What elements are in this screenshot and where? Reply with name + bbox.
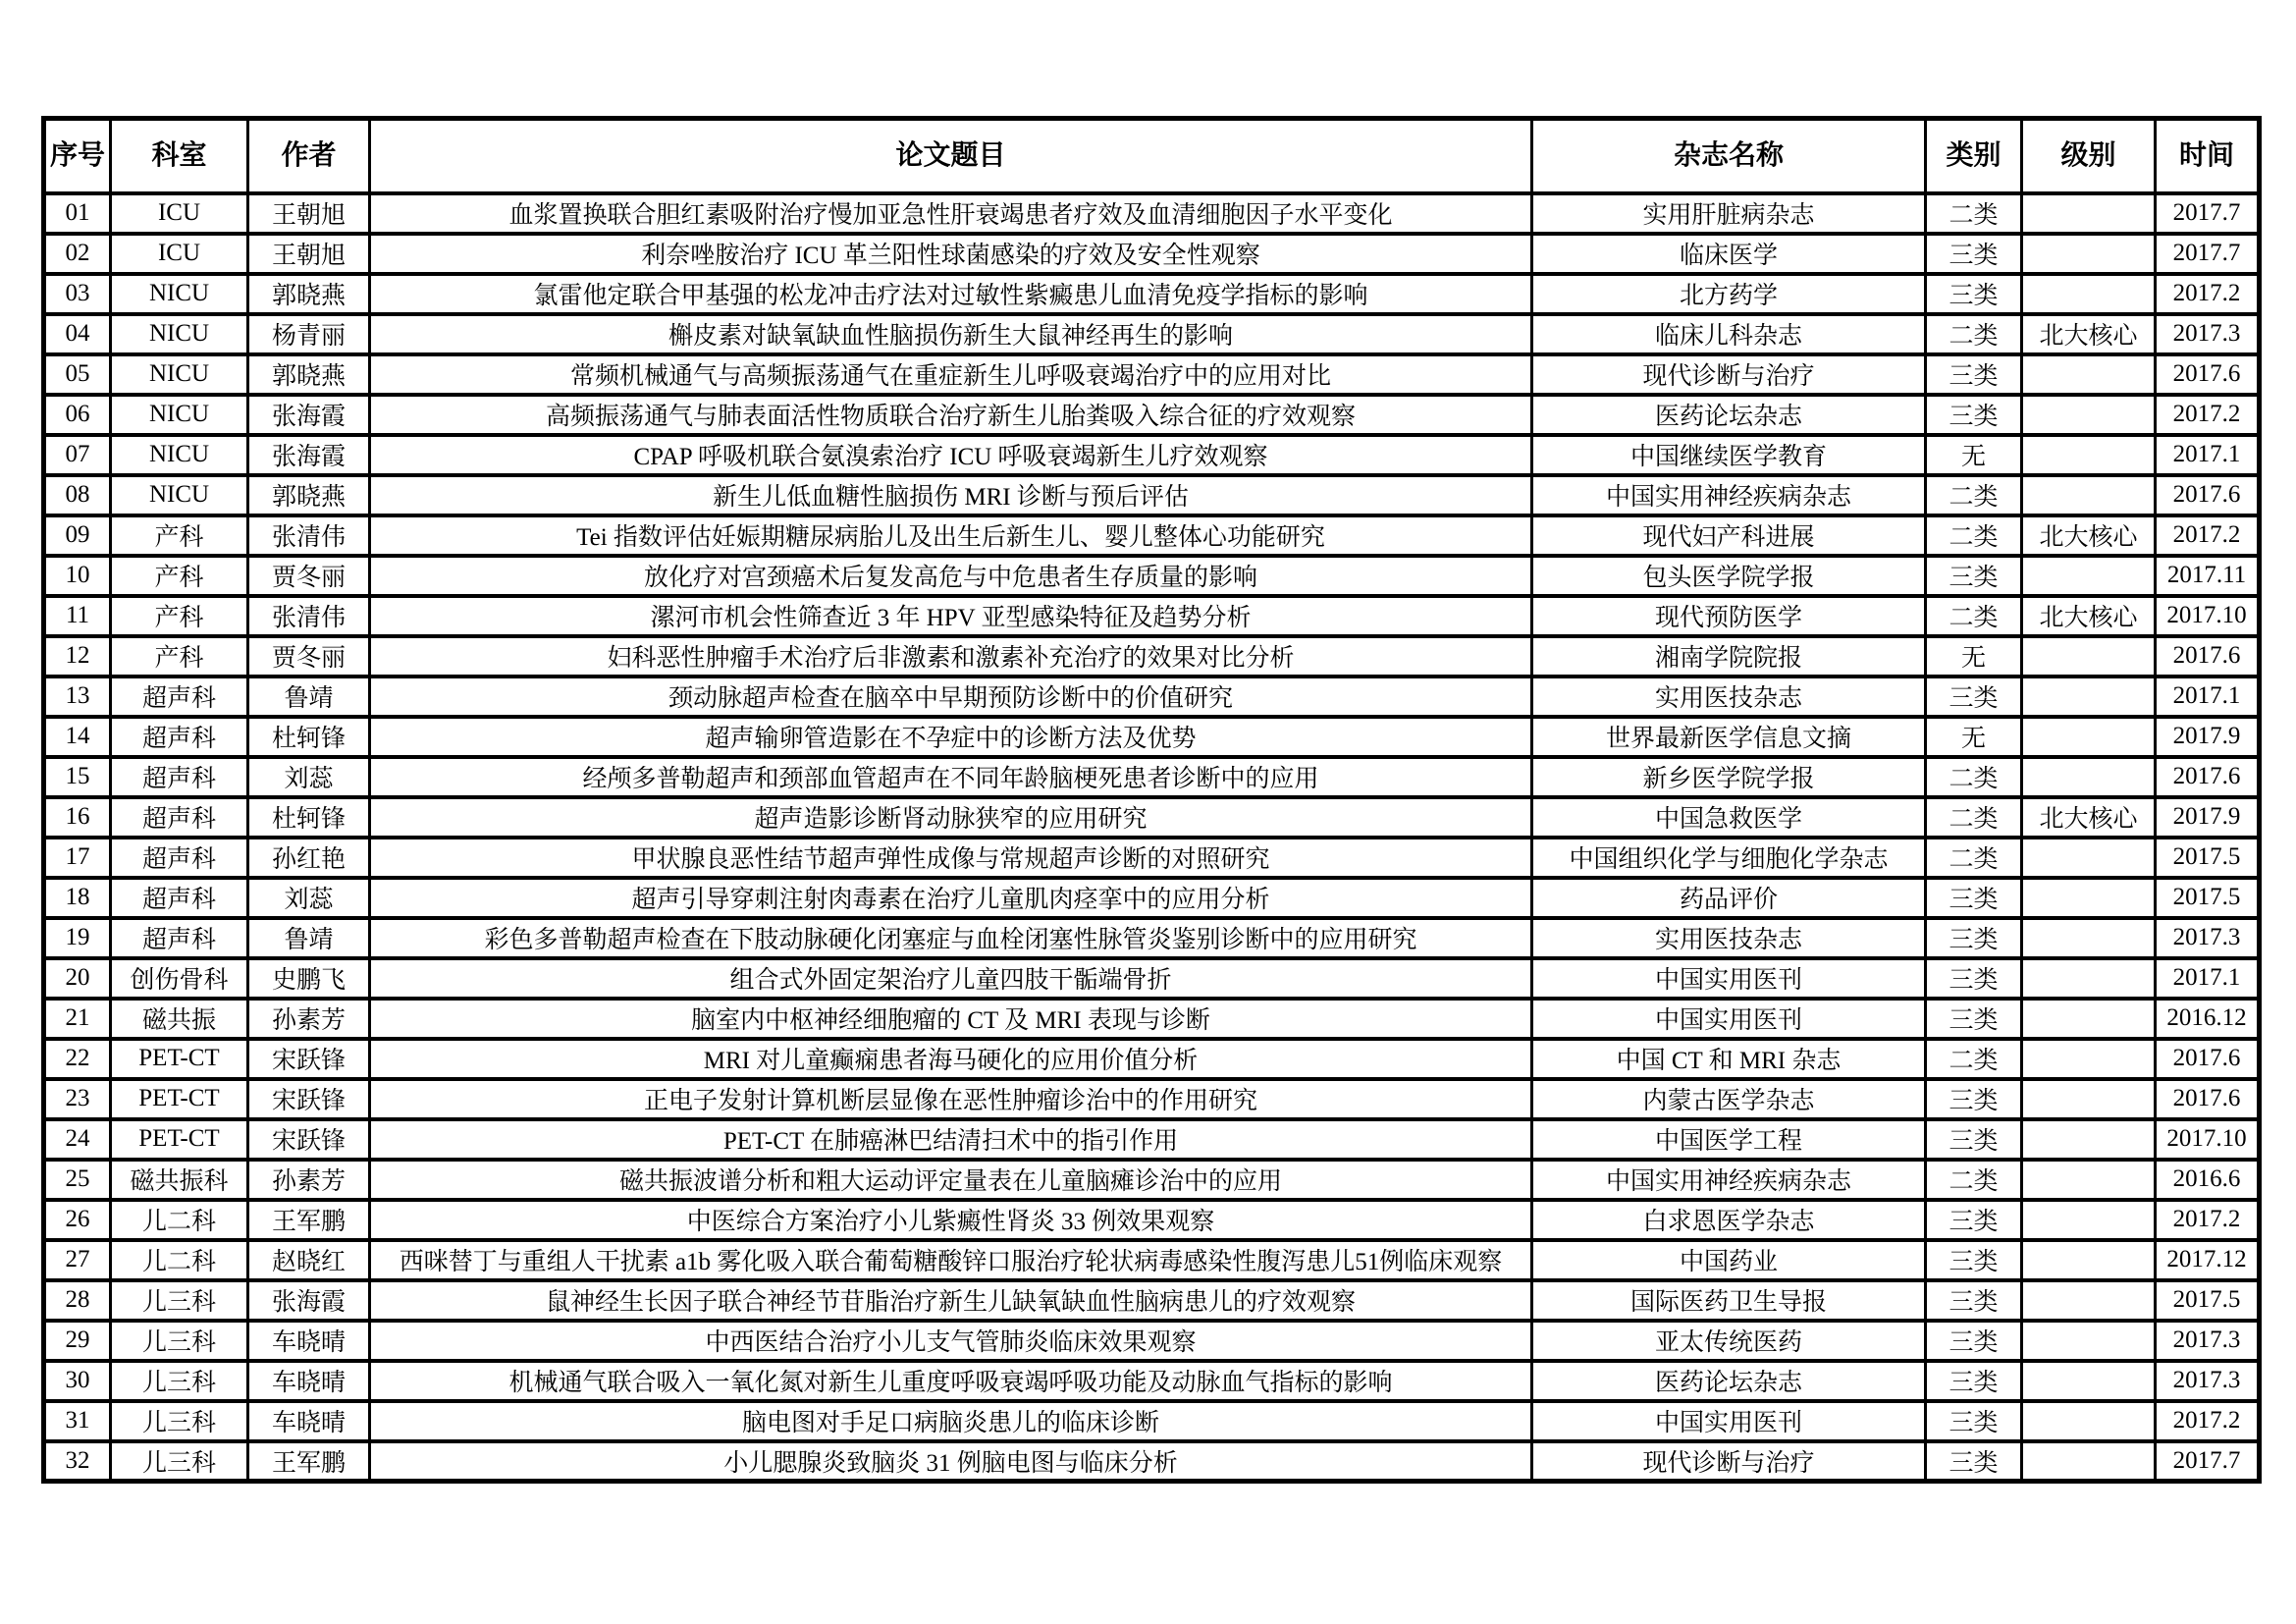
cell-level <box>2022 1200 2156 1240</box>
cell-dept: NICU <box>111 314 248 354</box>
cell-journal: 湘南学院院报 <box>1532 636 1926 677</box>
cell-category: 三类 <box>1926 556 2022 596</box>
cell-date: 2017.6 <box>2156 1039 2260 1079</box>
header-category: 类别 <box>1926 119 2022 193</box>
cell-level <box>2022 1240 2156 1280</box>
cell-level <box>2022 1079 2156 1119</box>
cell-title: 中西医结合治疗小儿支气管肺炎临床效果观察 <box>370 1321 1532 1361</box>
cell-category: 二类 <box>1926 193 2022 234</box>
cell-title: 超声输卵管造影在不孕症中的诊断方法及优势 <box>370 717 1532 757</box>
cell-level <box>2022 1441 2156 1482</box>
cell-author: 郭晓燕 <box>248 274 370 314</box>
cell-title: 脑电图对手足口病脑炎患儿的临床诊断 <box>370 1401 1532 1441</box>
table-row: 08NICU郭晓燕新生儿低血糖性脑损伤 MRI 诊断与预后评估中国实用神经疾病杂… <box>44 475 2260 515</box>
cell-journal: 中国急救医学 <box>1532 797 1926 838</box>
cell-dept: 儿三科 <box>111 1401 248 1441</box>
cell-date: 2017.1 <box>2156 677 2260 717</box>
cell-author: 张清伟 <box>248 515 370 556</box>
cell-journal: 包头医学院学报 <box>1532 556 1926 596</box>
cell-date: 2017.7 <box>2156 193 2260 234</box>
cell-no: 17 <box>44 838 111 878</box>
cell-journal: 现代诊断与治疗 <box>1532 354 1926 395</box>
table-row: 24PET-CT宋跃锋PET-CT 在肺癌淋巴结清扫术中的指引作用中国医学工程三… <box>44 1119 2260 1160</box>
cell-author: 张海霞 <box>248 1280 370 1321</box>
cell-category: 三类 <box>1926 958 2022 999</box>
cell-category: 二类 <box>1926 1039 2022 1079</box>
cell-category: 三类 <box>1926 1361 2022 1401</box>
cell-date: 2016.12 <box>2156 999 2260 1039</box>
cell-category: 二类 <box>1926 515 2022 556</box>
cell-author: 车晓晴 <box>248 1321 370 1361</box>
cell-date: 2017.10 <box>2156 596 2260 636</box>
cell-no: 06 <box>44 395 111 435</box>
cell-title: 经颅多普勒超声和颈部血管超声在不同年龄脑梗死患者诊断中的应用 <box>370 757 1532 797</box>
table-row: 28儿三科张海霞鼠神经生长因子联合神经节苷脂治疗新生儿缺氧缺血性脑病患儿的疗效观… <box>44 1280 2260 1321</box>
cell-category: 二类 <box>1926 757 2022 797</box>
cell-journal: 现代预防医学 <box>1532 596 1926 636</box>
cell-author: 赵晓红 <box>248 1240 370 1280</box>
cell-category: 三类 <box>1926 1321 2022 1361</box>
table-row: 09产科张清伟Tei 指数评估妊娠期糖尿病胎儿及出生后新生儿、婴儿整体心功能研究… <box>44 515 2260 556</box>
cell-title: 脑室内中枢神经细胞瘤的 CT 及 MRI 表现与诊断 <box>370 999 1532 1039</box>
cell-journal: 白求恩医学杂志 <box>1532 1200 1926 1240</box>
table-row: 07NICU张海霞CPAP 呼吸机联合氨溴索治疗 ICU 呼吸衰竭新生儿疗效观察… <box>44 435 2260 475</box>
cell-date: 2017.6 <box>2156 757 2260 797</box>
cell-title: 新生儿低血糖性脑损伤 MRI 诊断与预后评估 <box>370 475 1532 515</box>
table-row: 20创伤骨科史鹏飞组合式外固定架治疗儿童四肢干骺端骨折中国实用医刊三类2017.… <box>44 958 2260 999</box>
cell-date: 2017.12 <box>2156 1240 2260 1280</box>
cell-title: PET-CT 在肺癌淋巴结清扫术中的指引作用 <box>370 1119 1532 1160</box>
cell-category: 三类 <box>1926 1240 2022 1280</box>
cell-date: 2017.2 <box>2156 1200 2260 1240</box>
cell-no: 10 <box>44 556 111 596</box>
cell-journal: 中国 CT 和 MRI 杂志 <box>1532 1039 1926 1079</box>
cell-dept: PET-CT <box>111 1079 248 1119</box>
cell-no: 29 <box>44 1321 111 1361</box>
cell-journal: 医药论坛杂志 <box>1532 1361 1926 1401</box>
cell-author: 鲁靖 <box>248 918 370 958</box>
cell-dept: 超声科 <box>111 797 248 838</box>
cell-dept: 超声科 <box>111 757 248 797</box>
table-row: 11产科张清伟漯河市机会性筛查近 3 年 HPV 亚型感染特征及趋势分析现代预防… <box>44 596 2260 636</box>
cell-title: 磁共振波谱分析和粗大运动评定量表在儿童脑瘫诊治中的应用 <box>370 1160 1532 1200</box>
cell-dept: PET-CT <box>111 1119 248 1160</box>
table-row: 06NICU张海霞高频振荡通气与肺表面活性物质联合治疗新生儿胎粪吸入综合征的疗效… <box>44 395 2260 435</box>
cell-author: 宋跃锋 <box>248 1039 370 1079</box>
cell-title: 超声引导穿刺注射肉毒素在治疗儿童肌肉痉挛中的应用分析 <box>370 878 1532 918</box>
cell-dept: 儿三科 <box>111 1441 248 1482</box>
cell-level <box>2022 435 2156 475</box>
cell-author: 孙素芳 <box>248 1160 370 1200</box>
cell-author: 张清伟 <box>248 596 370 636</box>
table-row: 25磁共振科孙素芳磁共振波谱分析和粗大运动评定量表在儿童脑瘫诊治中的应用中国实用… <box>44 1160 2260 1200</box>
cell-journal: 中国组织化学与细胞化学杂志 <box>1532 838 1926 878</box>
cell-title: 放化疗对宫颈癌术后复发高危与中危患者生存质量的影响 <box>370 556 1532 596</box>
table-row: 32儿三科王军鹏小儿腮腺炎致脑炎 31 例脑电图与临床分析现代诊断与治疗三类20… <box>44 1441 2260 1482</box>
header-journal: 杂志名称 <box>1532 119 1926 193</box>
cell-date: 2017.6 <box>2156 636 2260 677</box>
cell-date: 2017.3 <box>2156 314 2260 354</box>
cell-date: 2017.11 <box>2156 556 2260 596</box>
table-row: 01ICU王朝旭血浆置换联合胆红素吸附治疗慢加亚急性肝衰竭患者疗效及血清细胞因子… <box>44 193 2260 234</box>
cell-journal: 实用医技杂志 <box>1532 918 1926 958</box>
header-row: 序号 科室 作者 论文题目 杂志名称 类别 级别 时间 <box>44 119 2260 193</box>
cell-level <box>2022 1280 2156 1321</box>
cell-category: 二类 <box>1926 596 2022 636</box>
cell-journal: 中国实用医刊 <box>1532 1401 1926 1441</box>
cell-date: 2017.9 <box>2156 797 2260 838</box>
header-date: 时间 <box>2156 119 2260 193</box>
cell-journal: 实用肝脏病杂志 <box>1532 193 1926 234</box>
cell-title: MRI 对儿童癫痫患者海马硬化的应用价值分析 <box>370 1039 1532 1079</box>
cell-date: 2017.5 <box>2156 878 2260 918</box>
cell-dept: 超声科 <box>111 717 248 757</box>
publications-table: 序号 科室 作者 论文题目 杂志名称 类别 级别 时间 01ICU王朝旭血浆置换… <box>41 116 2262 1484</box>
cell-no: 11 <box>44 596 111 636</box>
cell-date: 2017.1 <box>2156 435 2260 475</box>
cell-level <box>2022 999 2156 1039</box>
cell-dept: 超声科 <box>111 878 248 918</box>
cell-level <box>2022 757 2156 797</box>
cell-dept: 磁共振 <box>111 999 248 1039</box>
header-dept: 科室 <box>111 119 248 193</box>
table-row: 14超声科杜轲锋超声输卵管造影在不孕症中的诊断方法及优势世界最新医学信息文摘无2… <box>44 717 2260 757</box>
cell-dept: NICU <box>111 435 248 475</box>
cell-no: 13 <box>44 677 111 717</box>
cell-level <box>2022 1401 2156 1441</box>
cell-title: 鼠神经生长因子联合神经节苷脂治疗新生儿缺氧缺血性脑病患儿的疗效观察 <box>370 1280 1532 1321</box>
table-row: 27儿二科赵晓红西咪替丁与重组人干扰素 a1b 雾化吸入联合葡萄糖酸锌口服治疗轮… <box>44 1240 2260 1280</box>
cell-author: 刘蕊 <box>248 878 370 918</box>
cell-date: 2017.3 <box>2156 1321 2260 1361</box>
cell-date: 2017.1 <box>2156 958 2260 999</box>
cell-journal: 中国实用医刊 <box>1532 999 1926 1039</box>
header-no: 序号 <box>44 119 111 193</box>
cell-level <box>2022 193 2156 234</box>
cell-title: 高频振荡通气与肺表面活性物质联合治疗新生儿胎粪吸入综合征的疗效观察 <box>370 395 1532 435</box>
cell-title: 槲皮素对缺氧缺血性脑损伤新生大鼠神经再生的影响 <box>370 314 1532 354</box>
cell-date: 2017.7 <box>2156 234 2260 274</box>
cell-category: 二类 <box>1926 1160 2022 1200</box>
cell-author: 车晓晴 <box>248 1401 370 1441</box>
cell-level: 北大核心 <box>2022 596 2156 636</box>
cell-category: 无 <box>1926 435 2022 475</box>
cell-no: 03 <box>44 274 111 314</box>
cell-category: 三类 <box>1926 999 2022 1039</box>
cell-author: 杨青丽 <box>248 314 370 354</box>
cell-dept: 儿三科 <box>111 1361 248 1401</box>
cell-category: 三类 <box>1926 1079 2022 1119</box>
table-body: 01ICU王朝旭血浆置换联合胆红素吸附治疗慢加亚急性肝衰竭患者疗效及血清细胞因子… <box>44 193 2260 1482</box>
cell-dept: 创伤骨科 <box>111 958 248 999</box>
cell-author: 王朝旭 <box>248 193 370 234</box>
table-row: 03NICU郭晓燕氯雷他定联合甲基强的松龙冲击疗法对过敏性紫癜患儿血清免疫学指标… <box>44 274 2260 314</box>
cell-journal: 临床儿科杂志 <box>1532 314 1926 354</box>
table-row: 13超声科鲁靖颈动脉超声检查在脑卒中早期预防诊断中的价值研究实用医技杂志三类20… <box>44 677 2260 717</box>
document-page: 序号 科室 作者 论文题目 杂志名称 类别 级别 时间 01ICU王朝旭血浆置换… <box>41 116 2262 1484</box>
cell-title: Tei 指数评估妊娠期糖尿病胎儿及出生后新生儿、婴儿整体心功能研究 <box>370 515 1532 556</box>
header-author: 作者 <box>248 119 370 193</box>
cell-author: 鲁靖 <box>248 677 370 717</box>
cell-title: 超声造影诊断肾动脉狭窄的应用研究 <box>370 797 1532 838</box>
cell-title: 漯河市机会性筛查近 3 年 HPV 亚型感染特征及趋势分析 <box>370 596 1532 636</box>
cell-title: 西咪替丁与重组人干扰素 a1b 雾化吸入联合葡萄糖酸锌口服治疗轮状病毒感染性腹泻… <box>370 1240 1532 1280</box>
table-row: 05NICU郭晓燕常频机械通气与高频振荡通气在重症新生儿呼吸衰竭治疗中的应用对比… <box>44 354 2260 395</box>
table-row: 02ICU王朝旭利奈唑胺治疗 ICU 革兰阳性球菌感染的疗效及安全性观察临床医学… <box>44 234 2260 274</box>
cell-date: 2017.2 <box>2156 274 2260 314</box>
cell-dept: ICU <box>111 234 248 274</box>
cell-level <box>2022 677 2156 717</box>
cell-category: 三类 <box>1926 1401 2022 1441</box>
cell-dept: 儿二科 <box>111 1200 248 1240</box>
cell-author: 郭晓燕 <box>248 475 370 515</box>
cell-no: 27 <box>44 1240 111 1280</box>
cell-author: 张海霞 <box>248 435 370 475</box>
cell-category: 二类 <box>1926 314 2022 354</box>
cell-level <box>2022 556 2156 596</box>
cell-no: 24 <box>44 1119 111 1160</box>
cell-date: 2017.2 <box>2156 515 2260 556</box>
cell-dept: 磁共振科 <box>111 1160 248 1200</box>
cell-level <box>2022 1119 2156 1160</box>
cell-dept: NICU <box>111 354 248 395</box>
cell-author: 刘蕊 <box>248 757 370 797</box>
cell-level <box>2022 395 2156 435</box>
cell-no: 04 <box>44 314 111 354</box>
table-row: 31儿三科车晓晴脑电图对手足口病脑炎患儿的临床诊断中国实用医刊三类2017.2 <box>44 1401 2260 1441</box>
cell-journal: 医药论坛杂志 <box>1532 395 1926 435</box>
cell-title: 甲状腺良恶性结节超声弹性成像与常规超声诊断的对照研究 <box>370 838 1532 878</box>
cell-dept: NICU <box>111 274 248 314</box>
cell-category: 二类 <box>1926 838 2022 878</box>
cell-no: 30 <box>44 1361 111 1401</box>
table-row: 29儿三科车晓晴中西医结合治疗小儿支气管肺炎临床效果观察亚太传统医药三类2017… <box>44 1321 2260 1361</box>
cell-title: 常频机械通气与高频振荡通气在重症新生儿呼吸衰竭治疗中的应用对比 <box>370 354 1532 395</box>
table-row: 21磁共振孙素芳脑室内中枢神经细胞瘤的 CT 及 MRI 表现与诊断中国实用医刊… <box>44 999 2260 1039</box>
cell-level <box>2022 1160 2156 1200</box>
cell-journal: 药品评价 <box>1532 878 1926 918</box>
cell-no: 31 <box>44 1401 111 1441</box>
cell-category: 三类 <box>1926 918 2022 958</box>
cell-date: 2016.6 <box>2156 1160 2260 1200</box>
cell-level <box>2022 918 2156 958</box>
cell-category: 三类 <box>1926 1200 2022 1240</box>
cell-no: 28 <box>44 1280 111 1321</box>
cell-journal: 中国继续医学教育 <box>1532 435 1926 475</box>
cell-no: 07 <box>44 435 111 475</box>
table-row: 04NICU杨青丽槲皮素对缺氧缺血性脑损伤新生大鼠神经再生的影响临床儿科杂志二类… <box>44 314 2260 354</box>
cell-level <box>2022 274 2156 314</box>
cell-title: 血浆置换联合胆红素吸附治疗慢加亚急性肝衰竭患者疗效及血清细胞因子水平变化 <box>370 193 1532 234</box>
cell-category: 三类 <box>1926 354 2022 395</box>
cell-dept: 儿三科 <box>111 1280 248 1321</box>
cell-author: 贾冬丽 <box>248 636 370 677</box>
cell-no: 12 <box>44 636 111 677</box>
cell-date: 2017.3 <box>2156 1361 2260 1401</box>
cell-no: 26 <box>44 1200 111 1240</box>
cell-level: 北大核心 <box>2022 797 2156 838</box>
cell-no: 19 <box>44 918 111 958</box>
cell-level <box>2022 1361 2156 1401</box>
cell-no: 20 <box>44 958 111 999</box>
cell-journal: 国际医药卫生导报 <box>1532 1280 1926 1321</box>
cell-title: 颈动脉超声检查在脑卒中早期预防诊断中的价值研究 <box>370 677 1532 717</box>
cell-author: 杜轲锋 <box>248 717 370 757</box>
cell-category: 二类 <box>1926 475 2022 515</box>
cell-category: 三类 <box>1926 1119 2022 1160</box>
cell-journal: 现代诊断与治疗 <box>1532 1441 1926 1482</box>
cell-level <box>2022 234 2156 274</box>
cell-no: 05 <box>44 354 111 395</box>
cell-dept: ICU <box>111 193 248 234</box>
table-row: 18超声科刘蕊超声引导穿刺注射肉毒素在治疗儿童肌肉痉挛中的应用分析药品评价三类2… <box>44 878 2260 918</box>
cell-author: 张海霞 <box>248 395 370 435</box>
cell-dept: 超声科 <box>111 677 248 717</box>
cell-title: 妇科恶性肿瘤手术治疗后非激素和激素补充治疗的效果对比分析 <box>370 636 1532 677</box>
cell-date: 2017.5 <box>2156 1280 2260 1321</box>
cell-category: 三类 <box>1926 1280 2022 1321</box>
cell-dept: NICU <box>111 395 248 435</box>
cell-date: 2017.2 <box>2156 1401 2260 1441</box>
cell-category: 无 <box>1926 636 2022 677</box>
cell-author: 史鹏飞 <box>248 958 370 999</box>
cell-date: 2017.7 <box>2156 1441 2260 1482</box>
header-title: 论文题目 <box>370 119 1532 193</box>
cell-author: 郭晓燕 <box>248 354 370 395</box>
cell-dept: 产科 <box>111 636 248 677</box>
cell-title: 正电子发射计算机断层显像在恶性肿瘤诊治中的作用研究 <box>370 1079 1532 1119</box>
cell-journal: 现代妇产科进展 <box>1532 515 1926 556</box>
table-row: 15超声科刘蕊经颅多普勒超声和颈部血管超声在不同年龄脑梗死患者诊断中的应用新乡医… <box>44 757 2260 797</box>
table-row: 16超声科杜轲锋超声造影诊断肾动脉狭窄的应用研究中国急救医学二类北大核心2017… <box>44 797 2260 838</box>
cell-dept: PET-CT <box>111 1039 248 1079</box>
cell-author: 宋跃锋 <box>248 1079 370 1119</box>
cell-no: 14 <box>44 717 111 757</box>
cell-title: 中医综合方案治疗小儿紫癜性肾炎 33 例效果观察 <box>370 1200 1532 1240</box>
cell-no: 18 <box>44 878 111 918</box>
cell-date: 2017.10 <box>2156 1119 2260 1160</box>
cell-category: 三类 <box>1926 1441 2022 1482</box>
cell-title: 机械通气联合吸入一氧化氮对新生儿重度呼吸衰竭呼吸功能及动脉血气指标的影响 <box>370 1361 1532 1401</box>
cell-no: 15 <box>44 757 111 797</box>
cell-title: CPAP 呼吸机联合氨溴索治疗 ICU 呼吸衰竭新生儿疗效观察 <box>370 435 1532 475</box>
cell-no: 02 <box>44 234 111 274</box>
cell-dept: 儿三科 <box>111 1321 248 1361</box>
cell-dept: 超声科 <box>111 838 248 878</box>
table-row: 23PET-CT宋跃锋正电子发射计算机断层显像在恶性肿瘤诊治中的作用研究内蒙古医… <box>44 1079 2260 1119</box>
cell-no: 08 <box>44 475 111 515</box>
cell-level <box>2022 636 2156 677</box>
table-row: 10产科贾冬丽放化疗对宫颈癌术后复发高危与中危患者生存质量的影响包头医学院学报三… <box>44 556 2260 596</box>
cell-author: 王军鹏 <box>248 1200 370 1240</box>
cell-author: 宋跃锋 <box>248 1119 370 1160</box>
cell-title: 氯雷他定联合甲基强的松龙冲击疗法对过敏性紫癜患儿血清免疫学指标的影响 <box>370 274 1532 314</box>
cell-level <box>2022 1321 2156 1361</box>
cell-date: 2017.6 <box>2156 1079 2260 1119</box>
table-row: 17超声科孙红艳甲状腺良恶性结节超声弹性成像与常规超声诊断的对照研究中国组织化学… <box>44 838 2260 878</box>
cell-category: 三类 <box>1926 274 2022 314</box>
cell-category: 二类 <box>1926 797 2022 838</box>
cell-level <box>2022 354 2156 395</box>
cell-journal: 中国实用神经疾病杂志 <box>1532 475 1926 515</box>
cell-author: 杜轲锋 <box>248 797 370 838</box>
cell-dept: 超声科 <box>111 918 248 958</box>
cell-category: 无 <box>1926 717 2022 757</box>
cell-level: 北大核心 <box>2022 314 2156 354</box>
cell-author: 车晓晴 <box>248 1361 370 1401</box>
cell-journal: 内蒙古医学杂志 <box>1532 1079 1926 1119</box>
cell-journal: 临床医学 <box>1532 234 1926 274</box>
cell-level <box>2022 717 2156 757</box>
cell-dept: NICU <box>111 475 248 515</box>
cell-author: 贾冬丽 <box>248 556 370 596</box>
cell-journal: 世界最新医学信息文摘 <box>1532 717 1926 757</box>
cell-no: 25 <box>44 1160 111 1200</box>
cell-no: 22 <box>44 1039 111 1079</box>
cell-dept: 产科 <box>111 515 248 556</box>
cell-no: 16 <box>44 797 111 838</box>
cell-no: 21 <box>44 999 111 1039</box>
cell-journal: 中国实用医刊 <box>1532 958 1926 999</box>
cell-level <box>2022 475 2156 515</box>
cell-no: 32 <box>44 1441 111 1482</box>
cell-author: 王军鹏 <box>248 1441 370 1482</box>
cell-level <box>2022 878 2156 918</box>
cell-level <box>2022 958 2156 999</box>
cell-no: 09 <box>44 515 111 556</box>
cell-category: 三类 <box>1926 395 2022 435</box>
cell-level: 北大核心 <box>2022 515 2156 556</box>
cell-dept: 产科 <box>111 556 248 596</box>
cell-journal: 亚太传统医药 <box>1532 1321 1926 1361</box>
cell-author: 孙红艳 <box>248 838 370 878</box>
cell-level <box>2022 838 2156 878</box>
cell-journal: 中国实用神经疾病杂志 <box>1532 1160 1926 1200</box>
cell-title: 小儿腮腺炎致脑炎 31 例脑电图与临床分析 <box>370 1441 1532 1482</box>
cell-category: 三类 <box>1926 677 2022 717</box>
cell-journal: 实用医技杂志 <box>1532 677 1926 717</box>
cell-date: 2017.2 <box>2156 395 2260 435</box>
cell-title: 利奈唑胺治疗 ICU 革兰阳性球菌感染的疗效及安全性观察 <box>370 234 1532 274</box>
cell-journal: 北方药学 <box>1532 274 1926 314</box>
cell-dept: 儿二科 <box>111 1240 248 1280</box>
cell-category: 三类 <box>1926 878 2022 918</box>
cell-title: 组合式外固定架治疗儿童四肢干骺端骨折 <box>370 958 1532 999</box>
cell-no: 01 <box>44 193 111 234</box>
table-row: 26儿二科王军鹏中医综合方案治疗小儿紫癜性肾炎 33 例效果观察白求恩医学杂志三… <box>44 1200 2260 1240</box>
cell-date: 2017.9 <box>2156 717 2260 757</box>
cell-journal: 中国医学工程 <box>1532 1119 1926 1160</box>
table-row: 12产科贾冬丽妇科恶性肿瘤手术治疗后非激素和激素补充治疗的效果对比分析湘南学院院… <box>44 636 2260 677</box>
cell-dept: 产科 <box>111 596 248 636</box>
cell-date: 2017.6 <box>2156 354 2260 395</box>
cell-date: 2017.6 <box>2156 475 2260 515</box>
table-row: 30儿三科车晓晴机械通气联合吸入一氧化氮对新生儿重度呼吸衰竭呼吸功能及动脉血气指… <box>44 1361 2260 1401</box>
table-row: 22PET-CT宋跃锋MRI 对儿童癫痫患者海马硬化的应用价值分析中国 CT 和… <box>44 1039 2260 1079</box>
table-row: 19超声科鲁靖彩色多普勒超声检查在下肢动脉硬化闭塞症与血栓闭塞性脉管炎鉴别诊断中… <box>44 918 2260 958</box>
cell-journal: 中国药业 <box>1532 1240 1926 1280</box>
cell-level <box>2022 1039 2156 1079</box>
cell-date: 2017.3 <box>2156 918 2260 958</box>
cell-journal: 新乡医学院学报 <box>1532 757 1926 797</box>
header-level: 级别 <box>2022 119 2156 193</box>
cell-author: 孙素芳 <box>248 999 370 1039</box>
cell-author: 王朝旭 <box>248 234 370 274</box>
cell-date: 2017.5 <box>2156 838 2260 878</box>
cell-no: 23 <box>44 1079 111 1119</box>
cell-title: 彩色多普勒超声检查在下肢动脉硬化闭塞症与血栓闭塞性脉管炎鉴别诊断中的应用研究 <box>370 918 1532 958</box>
cell-category: 三类 <box>1926 234 2022 274</box>
